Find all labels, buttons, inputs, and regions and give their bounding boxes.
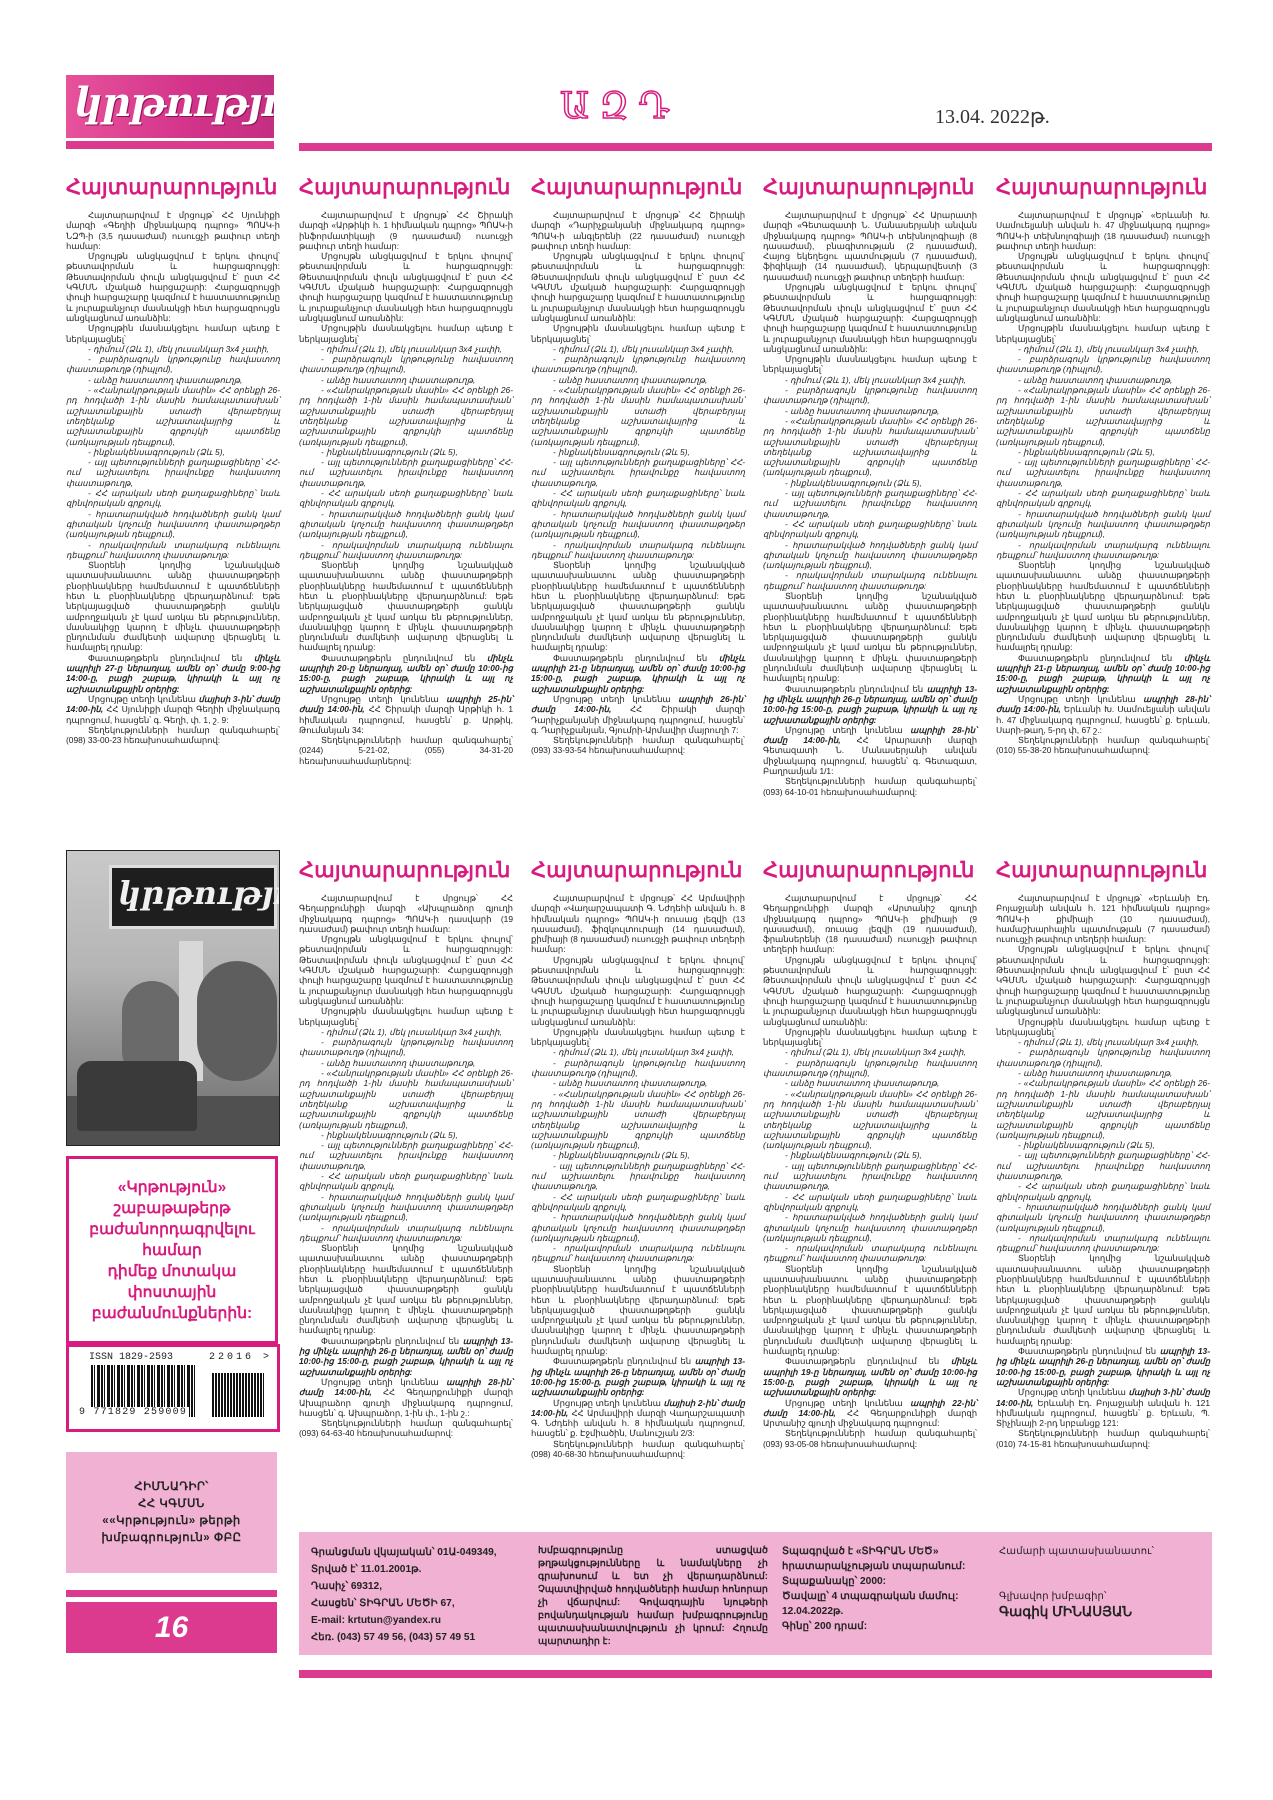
- barcode-addon: 22016 >: [209, 1352, 272, 1363]
- requirements-list: - դիմում (Ձև 1), մեկ լուսանկար 3x4 չափի,…: [299, 1027, 513, 1243]
- requirements-list: - դիմում (Ձև 1), մեկ լուսանկար 3x4 չափի,…: [763, 375, 977, 591]
- requirement-item: - ՀՀ արական սեռի քաղաքացիները՝ նաև զինվո…: [66, 488, 280, 509]
- intro: Հայտարարվում է մրցույթ՝ ՀՀ Սյունիքի մարզ…: [66, 210, 280, 251]
- logo-text: կրթություն: [74, 79, 274, 126]
- document-check: Տնօրենի կողմից նշանակված պատասխանատու ան…: [763, 1264, 977, 1357]
- requirement-item: - այլ պետությունների քաղաքացիները՝ ՀՀ-ու…: [299, 457, 513, 488]
- requirement-item: - ՀՀ արական սեռի քաղաքացիները՝ նաև զինվո…: [996, 488, 1210, 509]
- document-check: Տնօրենի կողմից նշանակված պատասխանատու ան…: [299, 1243, 513, 1336]
- requirements-lead: Մրցույթին մասնակցելու համար պետք է ներկա…: [531, 323, 745, 344]
- requirements-lead: Մրցույթին մասնակցելու համար պետք է ներկա…: [996, 1017, 1210, 1038]
- intro: Հայտարարվում է մրցույթ՝ ՀՀ Արարատի մարզի…: [763, 210, 977, 282]
- requirement-item: - ՀՀ արական սեռի քաղաքացիները՝ նաև զինվո…: [299, 1171, 513, 1192]
- docs-deadline: Փաստաթղթերն ընդունվում են մինչև ապրիլի 2…: [531, 653, 745, 694]
- issn: ISSN 1829-2593: [89, 1352, 173, 1363]
- requirement-item: - այլ պետությունների քաղաքացիները՝ ՀՀ-ու…: [531, 1161, 745, 1192]
- docs-deadline: Փաստաթղթերն ընդունվում են ապրիլի 13-ից մ…: [996, 1346, 1210, 1387]
- requirement-item: - «Հանրակրթության մասին» ՀՀ օրենքի 26-րդ…: [531, 1089, 745, 1151]
- document-check: Տնօրենի կողմից նշանակված պատասխանատու ան…: [996, 1253, 1210, 1346]
- announcement-heading: Հայտարարություն: [996, 858, 1210, 883]
- requirement-item: - ՀՀ արական սեռի քաղաքացիները՝ նաև զինվո…: [763, 1192, 977, 1213]
- chief-editor-label: Գլխավոր խմբագիր՝: [999, 1589, 1204, 1604]
- requirement-item: - բարձրագույն կրթությունը հավաստող փաստա…: [531, 1058, 745, 1079]
- requirements-lead: Մրցույթին մասնակցելու համար պետք է ներկա…: [299, 1006, 513, 1027]
- contact-info: Տեղեկությունների համար զանգահարել՝ (098)…: [66, 725, 280, 746]
- requirement-item: - անձը հաստատող փաստաթուղթ,: [996, 1068, 1210, 1078]
- requirement-item: - հրատարակված հոդվածների ցանկ կամ գիտակա…: [996, 1202, 1210, 1233]
- requirement-item: - «Հանրակրթության մասին» ՀՀ օրենքի 26-րդ…: [299, 385, 513, 447]
- intro: Հայտարարվում է մրցույթ՝ «Երևանի Էդ. Բոյա…: [996, 893, 1210, 944]
- requirement-item: - որակավորման տարակարգ ունենալու դեպքում…: [763, 570, 977, 591]
- subscribe-box: «Կրթություն»շաբաթաթերթբաժանորդագրվելուհա…: [66, 1156, 278, 1344]
- requirement-item: - այլ պետությունների քաղաքացիները՝ ՀՀ-ու…: [531, 457, 745, 488]
- requirement-item: - դիմում (Ձև 1), մեկ լուսանկար 3x4 չափի,: [531, 1047, 745, 1057]
- requirements-list: - դիմում (Ձև 1), մեկ լուսանկար 3x4 չափի,…: [66, 344, 280, 560]
- founder-box: ՀԻՄՆԱԴԻՐ՝ՀՀ ԿԳՄՍՆ««Կրթություն» թերթիխմբա…: [66, 1452, 277, 1573]
- requirement-item: - ինքնակենսագրություն (Ձև 5),: [763, 1150, 977, 1160]
- contest-date: Մրցույթը տեղի կունենա ապրիլի 22-ին՝ ժամը…: [763, 1398, 977, 1429]
- requirement-item: - անձը հաստատող փաստաթուղթ,: [299, 1058, 513, 1068]
- requirements-list: - դիմում (Ձև 1), մեկ լուսանկար 3x4 չափի,…: [531, 1047, 745, 1263]
- procedure: Մրցույթն անցկացվում է երկու փուլով՝ թեստ…: [299, 934, 513, 1006]
- barcode-box: ISSN 1829-2593 22016 > 9 771829 259009: [66, 1344, 280, 1432]
- requirement-item: - ՀՀ արական սեռի քաղաքացիները՝ նաև զինվո…: [763, 519, 977, 540]
- docs-deadline: Փաստաթղթերն ընդունվում են մինչև ապրիլի 2…: [299, 653, 513, 694]
- announcement-body: Հայտարարվում է մրցույթ՝ ՀՀ Սյունիքի մարզ…: [66, 210, 280, 745]
- contest-date: Մրցույթը տեղի կունենա ապրիլի 28-ին՝ ժամը…: [763, 725, 977, 776]
- barcode-number: 9 771829 259009: [77, 1407, 189, 1418]
- requirement-item: - այլ պետությունների քաղաքացիները՝ ՀՀ-ու…: [763, 488, 977, 519]
- announcement-heading: Հայտարարություն: [66, 175, 280, 200]
- photo-logo-text: կրթություն: [118, 874, 280, 912]
- contest-date: Մրցույթը տեղի կունենա ապրիլի 28-ին՝ ժամը…: [996, 694, 1210, 735]
- contact-info: Տեղեկությունների համար զանգահարել՝ (0244…: [299, 735, 513, 766]
- requirement-item: - անձը հաստատող փաստաթուղթ,: [66, 375, 280, 385]
- requirement-item: - բարձրագույն կրթությունը հավաստող փաստա…: [763, 385, 977, 406]
- requirement-item: - ինքնակենսագրություն (Ձև 5),: [531, 1150, 745, 1160]
- requirements-lead: Մրցույթին մասնակցելու համար պետք է ներկա…: [299, 323, 513, 344]
- billboard-photo: կրթություն: [66, 850, 280, 1146]
- docs-deadline: Փաստաթղթերն ընդունվում են մինչև ապրիլի 1…: [763, 1356, 977, 1397]
- requirement-item: - որակավորման տարակարգ ունենալու դեպքում…: [66, 540, 280, 561]
- requirement-item: - դիմում (Ձև 1), մեկ լուսանկար 3x4 չափի,: [763, 375, 977, 385]
- announcement-4: Հայտարարություն Հայտարարվում է մրցույթ՝ …: [763, 175, 977, 797]
- requirement-item: - անձը հաստատող փաստաթուղթ,: [763, 1078, 977, 1088]
- contact-info: Տեղեկությունների համար զանգահարել՝ (093)…: [299, 1418, 513, 1439]
- announcement-heading: Հայտարարություն: [763, 858, 977, 883]
- announcement-body: Հայտարարվում է մրցույթ՝ ՀՀ Շիրակի մարզի …: [299, 210, 513, 766]
- requirement-item: - ինքնակենսագրություն (Ձև 5),: [996, 1140, 1210, 1150]
- requirement-item: - անձը հաստատող փաստաթուղթ,: [531, 375, 745, 385]
- requirements-lead: Մրցույթին մասնակցելու համար պետք է ներկա…: [763, 1027, 977, 1048]
- registration-info: Գրանցման վկայական՝ 01Ա-049349,Տրված է՝ 1…: [311, 1544, 529, 1646]
- contact-info: Տեղեկությունների համար զանգահարել՝ (093)…: [763, 776, 977, 797]
- requirement-item: - ՀՀ արական սեռի քաղաքացիները՝ նաև զինվո…: [531, 488, 745, 509]
- requirements-list: - դիմում (Ձև 1), մեկ լուսանկար 3x4 չափի,…: [299, 344, 513, 560]
- contest-date: Մրցույթը տեղի կունենա մայիսի 2-ին՝ ժամը …: [531, 1398, 745, 1439]
- announcement-heading: Հայտարարություն: [531, 175, 745, 200]
- requirement-item: - ինքնակենսագրություն (Ձև 5),: [299, 1130, 513, 1140]
- announcement-heading: Հայտարարություն: [763, 175, 977, 200]
- announcement-8: Հայտարարություն Հայտարարվում է մրցույթ՝ …: [763, 858, 977, 1449]
- contact-info: Տեղեկությունների համար զանգահարել՝ (093)…: [763, 1428, 977, 1449]
- requirement-item: - այլ պետությունների քաղաքացիները՝ ՀՀ-ու…: [299, 1140, 513, 1171]
- document-check: Տնօրենի կողմից նշանակված պատասխանատու ան…: [996, 560, 1210, 653]
- section-title: ԱԶԴ: [560, 86, 679, 127]
- announcement-heading: Հայտարարություն: [531, 858, 745, 883]
- requirement-item: - դիմում (Ձև 1), մեկ լուսանկար 3x4 չափի,: [299, 1027, 513, 1037]
- procedure: Մրցույթն անցկացվում է երկու փուլով՝ թեստ…: [299, 251, 513, 323]
- announcement-heading: Հայտարարություն: [996, 175, 1210, 200]
- issue-date: 13.04. 2022թ.: [935, 104, 1050, 129]
- requirements-list: - դիմում (Ձև 1), մեկ լուսանկար 3x4 չափի,…: [996, 344, 1210, 560]
- announcement-body: Հայտարարվում է մրցույթ՝ ՀՀ Շիրակի մարզի …: [531, 210, 745, 756]
- requirements-list: - դիմում (Ձև 1), մեկ լուսանկար 3x4 չափի,…: [531, 344, 745, 560]
- announcement-body: Հայտարարվում է մրցույթ՝ «Երևանի Խ. Սամու…: [996, 210, 1210, 756]
- announcement-body: Հայտարարվում է մրցույթ՝ ՀՀ Արարատի մարզի…: [763, 210, 977, 797]
- editorial-notice: Խմբագրությունը ստացված թղթակցությունները…: [538, 1544, 768, 1648]
- docs-deadline: Փաստաթղթերն ընդունվում են ապրիլի 13-ից մ…: [299, 1336, 513, 1377]
- docs-deadline: Փաստաթղթերն ընդունվում են ապրիլի 13-ից մ…: [531, 1356, 745, 1397]
- contact-info: Տեղեկությունների համար զանգահարել՝ (098)…: [531, 1439, 745, 1460]
- requirements-lead: Մրցույթին մասնակցելու համար պետք է ներկա…: [996, 323, 1210, 344]
- requirement-item: - «Հանրակրթության մասին» ՀՀ օրենքի 26-րդ…: [66, 385, 280, 447]
- requirement-item: - որակավորման տարակարգ ունենալու դեպքում…: [996, 540, 1210, 561]
- requirement-item: - «Հանրակրթության մասին» ՀՀ օրենքի 26-րդ…: [299, 1068, 513, 1130]
- document-check: Տնօրենի կողմից նշանակված պատասխանատու ան…: [66, 560, 280, 653]
- requirement-item: - այլ պետությունների քաղաքացիները՝ ՀՀ-ու…: [66, 457, 280, 488]
- page-number: 16: [155, 1611, 188, 1645]
- intro: Հայտարարվում է մրցույթ՝ «Երևանի Խ. Սամու…: [996, 210, 1210, 251]
- intro: Հայտարարվում է մրցույթ՝ ՀՀ Գեղարքունիքի …: [299, 893, 513, 934]
- contest-date: Մրցույթը տեղի կունենա մայիսի 3-ին՝ ժամը …: [996, 1387, 1210, 1428]
- intro: Հայտարարվում է մրցույթ՝ ՀՀ Արմավիրի մարզ…: [531, 893, 745, 955]
- procedure: Մրցույթն անցկացվում է երկու փուլով՝ թեստ…: [66, 251, 280, 323]
- requirement-item: - ինքնակենսագրություն (Ձև 5),: [66, 447, 280, 457]
- page-rule: [66, 1590, 277, 1597]
- contact-info: Տեղեկությունների համար զանգահարել՝ (093)…: [531, 735, 745, 756]
- chief-editor-name: Գագիկ ՄԻՆԱՍՅԱՆ: [999, 1604, 1204, 1619]
- requirement-item: - «Հանրակրթության մասին» ՀՀ օրենքի 26-րդ…: [996, 385, 1210, 447]
- announcement-body: Հայտարարվում է մրցույթ՝ ՀՀ Արմավիրի մարզ…: [531, 893, 745, 1459]
- procedure: Մրցույթն անցկացվում է երկու փուլով՝ թեստ…: [996, 944, 1210, 1016]
- requirement-item: - հրատարակված հոդվածների ցանկ կամ գիտակա…: [299, 509, 513, 540]
- document-check: Տնօրենի կողմից նշանակված պատասխանատու ան…: [763, 591, 977, 684]
- procedure: Մրցույթն անցկացվում է երկու փուլով՝ թեստ…: [763, 282, 977, 354]
- announcement-9: Հայտարարություն Հայտարարվում է մրցույթ՝ …: [996, 858, 1210, 1449]
- logo-underline: [66, 141, 274, 149]
- requirement-item: - բարձրագույն կրթությունը հավաստող փաստա…: [299, 354, 513, 375]
- announcement-heading: Հայտարարություն: [299, 175, 513, 200]
- requirements-list: - դիմում (Ձև 1), մեկ լուսանկար 3x4 չափի,…: [996, 1037, 1210, 1253]
- requirement-item: - ՀՀ արական սեռի քաղաքացիները՝ նաև զինվո…: [996, 1181, 1210, 1202]
- procedure: Մրցույթն անցկացվում է երկու փուլով՝ թեստ…: [531, 251, 745, 323]
- announcement-body: Հայտարարվում է մրցույթ՝ ՀՀ Գեղարքունիքի …: [763, 893, 977, 1449]
- requirement-item: - դիմում (Ձև 1), մեկ լուսանկար 3x4 չափի,: [763, 1047, 977, 1057]
- header-rule: [299, 143, 1212, 151]
- requirement-item: - այլ պետությունների քաղաքացիները՝ ՀՀ-ու…: [996, 457, 1210, 488]
- requirement-item: - որակավորման տարակարգ ունենալու դեպքում…: [996, 1233, 1210, 1254]
- requirement-item: - դիմում (Ձև 1), մեկ լուսանկար 3x4 չափի,: [66, 344, 280, 354]
- requirement-item: - անձը հաստատող փաստաթուղթ,: [996, 375, 1210, 385]
- imprint-panel: Գրանցման վկայական՝ 01Ա-049349,Տրված է՝ 1…: [299, 1532, 1212, 1655]
- requirement-item: - հրատարակված հոդվածների ցանկ կամ գիտակա…: [763, 540, 977, 571]
- requirement-item: - բարձրագույն կրթությունը հավաստող փաստա…: [763, 1058, 977, 1079]
- requirement-item: - «Հանրակրթության մասին» ՀՀ օրենքի 26-րդ…: [996, 1078, 1210, 1140]
- procedure: Մրցույթն անցկացվում է երկու փուլով՝ թեստ…: [996, 251, 1210, 323]
- print-info: Տպագրված է «ՏԻԳՐԱՆ ՄԵԾ» հրատարակչության …: [782, 1544, 987, 1634]
- requirements-list: - դիմում (Ձև 1), մեկ լուսանկար 3x4 չափի,…: [763, 1047, 977, 1263]
- requirement-item: - դիմում (Ձև 1), մեկ լուսանկար 3x4 չափի,: [299, 344, 513, 354]
- requirements-lead: Մրցույթին մասնակցելու համար պետք է ներկա…: [66, 323, 280, 344]
- subscribe-text: «Կրթություն»շաբաթաթերթբաժանորդագրվելուհա…: [89, 1177, 255, 1324]
- announcement-5: Հայտարարություն Հայտարարվում է մրցույթ՝ …: [996, 175, 1210, 756]
- requirement-item: - որակավորման տարակարգ ունենալու դեպքում…: [299, 540, 513, 561]
- requirement-item: - հրատարակված հոդվածների ցանկ կամ գիտակա…: [66, 509, 280, 540]
- requirement-item: - անձը հաստատող փաստաթուղթ,: [299, 375, 513, 385]
- contest-date: Մրցույթը տեղի կունենա ապրիլի 25-ին՝ ժամը…: [299, 694, 513, 735]
- requirement-item: - անձը հաստատող փաստաթուղթ,: [531, 1078, 745, 1088]
- document-check: Տնօրենի կողմից նշանակված պատասխանատու ան…: [531, 560, 745, 653]
- page-number-box: 16: [66, 1602, 277, 1653]
- requirement-item: - այլ պետությունների քաղաքացիները՝ ՀՀ-ու…: [996, 1150, 1210, 1181]
- contact-info: Տեղեկությունների համար զանգահարել՝ (010)…: [996, 735, 1210, 756]
- requirement-item: - հրատարակված հոդվածների ցանկ կամ գիտակա…: [531, 1212, 745, 1243]
- requirement-item: - ՀՀ արական սեռի քաղաքացիները՝ նաև զինվո…: [299, 488, 513, 509]
- requirement-item: - հրատարակված հոդվածների ցանկ կամ գիտակա…: [299, 1192, 513, 1223]
- requirement-item: - որակավորման տարակարգ ունենալու դեպքում…: [763, 1243, 977, 1264]
- contest-date: Մրցույթը տեղի կունենա մայիսի 3-ին՝ ժամը …: [66, 694, 280, 725]
- requirement-item: - հրատարակված հոդվածների ցանկ կամ գիտակա…: [531, 509, 745, 540]
- editors-info: Համարի պատասխանատու՝ Գլխավոր խմբագիր՝ Գա…: [999, 1544, 1204, 1619]
- requirement-item: - ՀՀ արական սեռի քաղաքացիները՝ նաև զինվո…: [531, 1192, 745, 1213]
- car-image: [77, 1061, 197, 1131]
- footer-rule: [299, 1670, 1212, 1678]
- requirement-item: - բարձրագույն կրթությունը հավաստող փաստա…: [299, 1037, 513, 1058]
- procedure: Մրցույթն անցկացվում է երկու փուլով՝ թեստ…: [763, 955, 977, 1027]
- intro: Հայտարարվում է մրցույթ՝ ՀՀ Շիրակի մարզի …: [531, 210, 745, 251]
- announcement-body: Հայտարարվում է մրցույթ՝ ՀՀ Գեղարքունիքի …: [299, 893, 513, 1439]
- requirement-item: - դիմում (Ձև 1), մեկ լուսանկար 3x4 չափի,: [996, 1037, 1210, 1047]
- barcode-addon-icon: [212, 1373, 264, 1417]
- announcement-7: Հայտարարություն Հայտարարվում է մրցույթ՝ …: [531, 858, 745, 1459]
- document-check: Տնօրենի կողմից նշանակված պատասխանատու ան…: [299, 560, 513, 653]
- requirement-item: - որակավորման տարակարգ ունենալու դեպքում…: [299, 1223, 513, 1244]
- requirement-item: - բարձրագույն կրթությունը հավաստող փաստա…: [996, 1047, 1210, 1068]
- masthead-logo: կրթություն: [66, 75, 274, 138]
- requirement-item: - բարձրագույն կրթությունը հավաստող փաստա…: [996, 354, 1210, 375]
- announcement-6: Հայտարարություն Հայտարարվում է մրցույթ՝ …: [299, 858, 513, 1439]
- requirement-item: - ինքնակենսագրություն (Ձև 5),: [996, 447, 1210, 457]
- requirement-item: - «Հանրակրթության մասին» ՀՀ օրենքի 26-րդ…: [763, 416, 977, 478]
- requirement-item: - բարձրագույն կրթությունը հավաստող փաստա…: [66, 354, 280, 375]
- requirement-item: - «Հանրակրթության մասին» ՀՀ օրենքի 26-րդ…: [763, 1089, 977, 1151]
- requirement-item: - անձը հաստատող փաստաթուղթ,: [763, 406, 977, 416]
- intro: Հայտարարվում է մրցույթ՝ ՀՀ Գեղարքունիքի …: [763, 893, 977, 955]
- intro: Հայտարարվում է մրցույթ՝ ՀՀ Շիրակի մարզի …: [299, 210, 513, 251]
- announcement-body: Հայտարարվում է մրցույթ՝ «Երևանի Էդ. Բոյա…: [996, 893, 1210, 1449]
- founder-text: ՀԻՄՆԱԴԻՐ՝ՀՀ ԿԳՄՍՆ««Կրթություն» թերթիխմբա…: [101, 1479, 241, 1547]
- announcement-1: Հայտարարություն Հայտարարվում է մրցույթ՝ …: [66, 175, 280, 745]
- docs-deadline: Փաստաթղթերն ընդունվում են մինչև ապրիլի 2…: [66, 653, 280, 694]
- requirement-item: - հրատարակված հոդվածների ցանկ կամ գիտակա…: [763, 1212, 977, 1243]
- contest-date: Մրցույթը տեղի կունենա ապրիլի 26-ին՝ ժամը…: [531, 694, 745, 735]
- document-check: Տնօրենի կողմից նշանակված պատասխանատու ան…: [531, 1264, 745, 1357]
- announcement-3: Հայտարարություն Հայտարարվում է մրցույթ՝ …: [531, 175, 745, 756]
- announcement-heading: Հայտարարություն: [299, 858, 513, 883]
- requirement-item: - ինքնակենսագրություն (Ձև 5),: [531, 447, 745, 457]
- requirement-item: - «Հանրակրթության մասին» ՀՀ օրենքի 26-րդ…: [531, 385, 745, 447]
- contest-date: Մրցույթը տեղի կունենա ապրիլի 28-ին՝ ժամը…: [299, 1377, 513, 1418]
- requirement-item: - դիմում (Ձև 1), մեկ լուսանկար 3x4 չափի,: [531, 344, 745, 354]
- requirement-item: - հրատարակված հոդվածների ցանկ կամ գիտակա…: [996, 509, 1210, 540]
- docs-deadline: Փաստաթղթերն ընդունվում են ապրիլի 13-ից մ…: [763, 684, 977, 725]
- contact-info: Տեղեկությունների համար զանգահարել՝ (010)…: [996, 1428, 1210, 1449]
- requirements-lead: Մրցույթին մասնակցելու համար պետք է ներկա…: [763, 354, 977, 375]
- procedure: Մրցույթն անցկացվում է երկու փուլով՝ թեստ…: [531, 955, 745, 1027]
- docs-deadline: Փաստաթղթերն ընդունվում են մինչև ապրիլի 2…: [996, 653, 1210, 694]
- requirement-item: - որակավորման տարակարգ ունենալու դեպքում…: [531, 540, 745, 561]
- requirement-item: - որակավորման տարակարգ ունենալու դեպքում…: [531, 1243, 745, 1264]
- requirement-item: - ինքնակենսագրություն (Ձև 5),: [763, 478, 977, 488]
- announcement-2: Հայտարարություն Հայտարարվում է մրցույթ՝ …: [299, 175, 513, 766]
- requirement-item: - դիմում (Ձև 1), մեկ լուսանկար 3x4 չափի,: [996, 344, 1210, 354]
- requirement-item: - բարձրագույն կրթությունը հավաստող փաստա…: [531, 354, 745, 375]
- requirement-item: - ինքնակենսագրություն (Ձև 5),: [299, 447, 513, 457]
- issue-responsible-label: Համարի պատասխանատու՝: [999, 1544, 1204, 1559]
- requirement-item: - այլ պետությունների քաղաքացիները՝ ՀՀ-ու…: [763, 1161, 977, 1192]
- requirements-lead: Մրցույթին մասնակցելու համար պետք է ներկա…: [531, 1027, 745, 1048]
